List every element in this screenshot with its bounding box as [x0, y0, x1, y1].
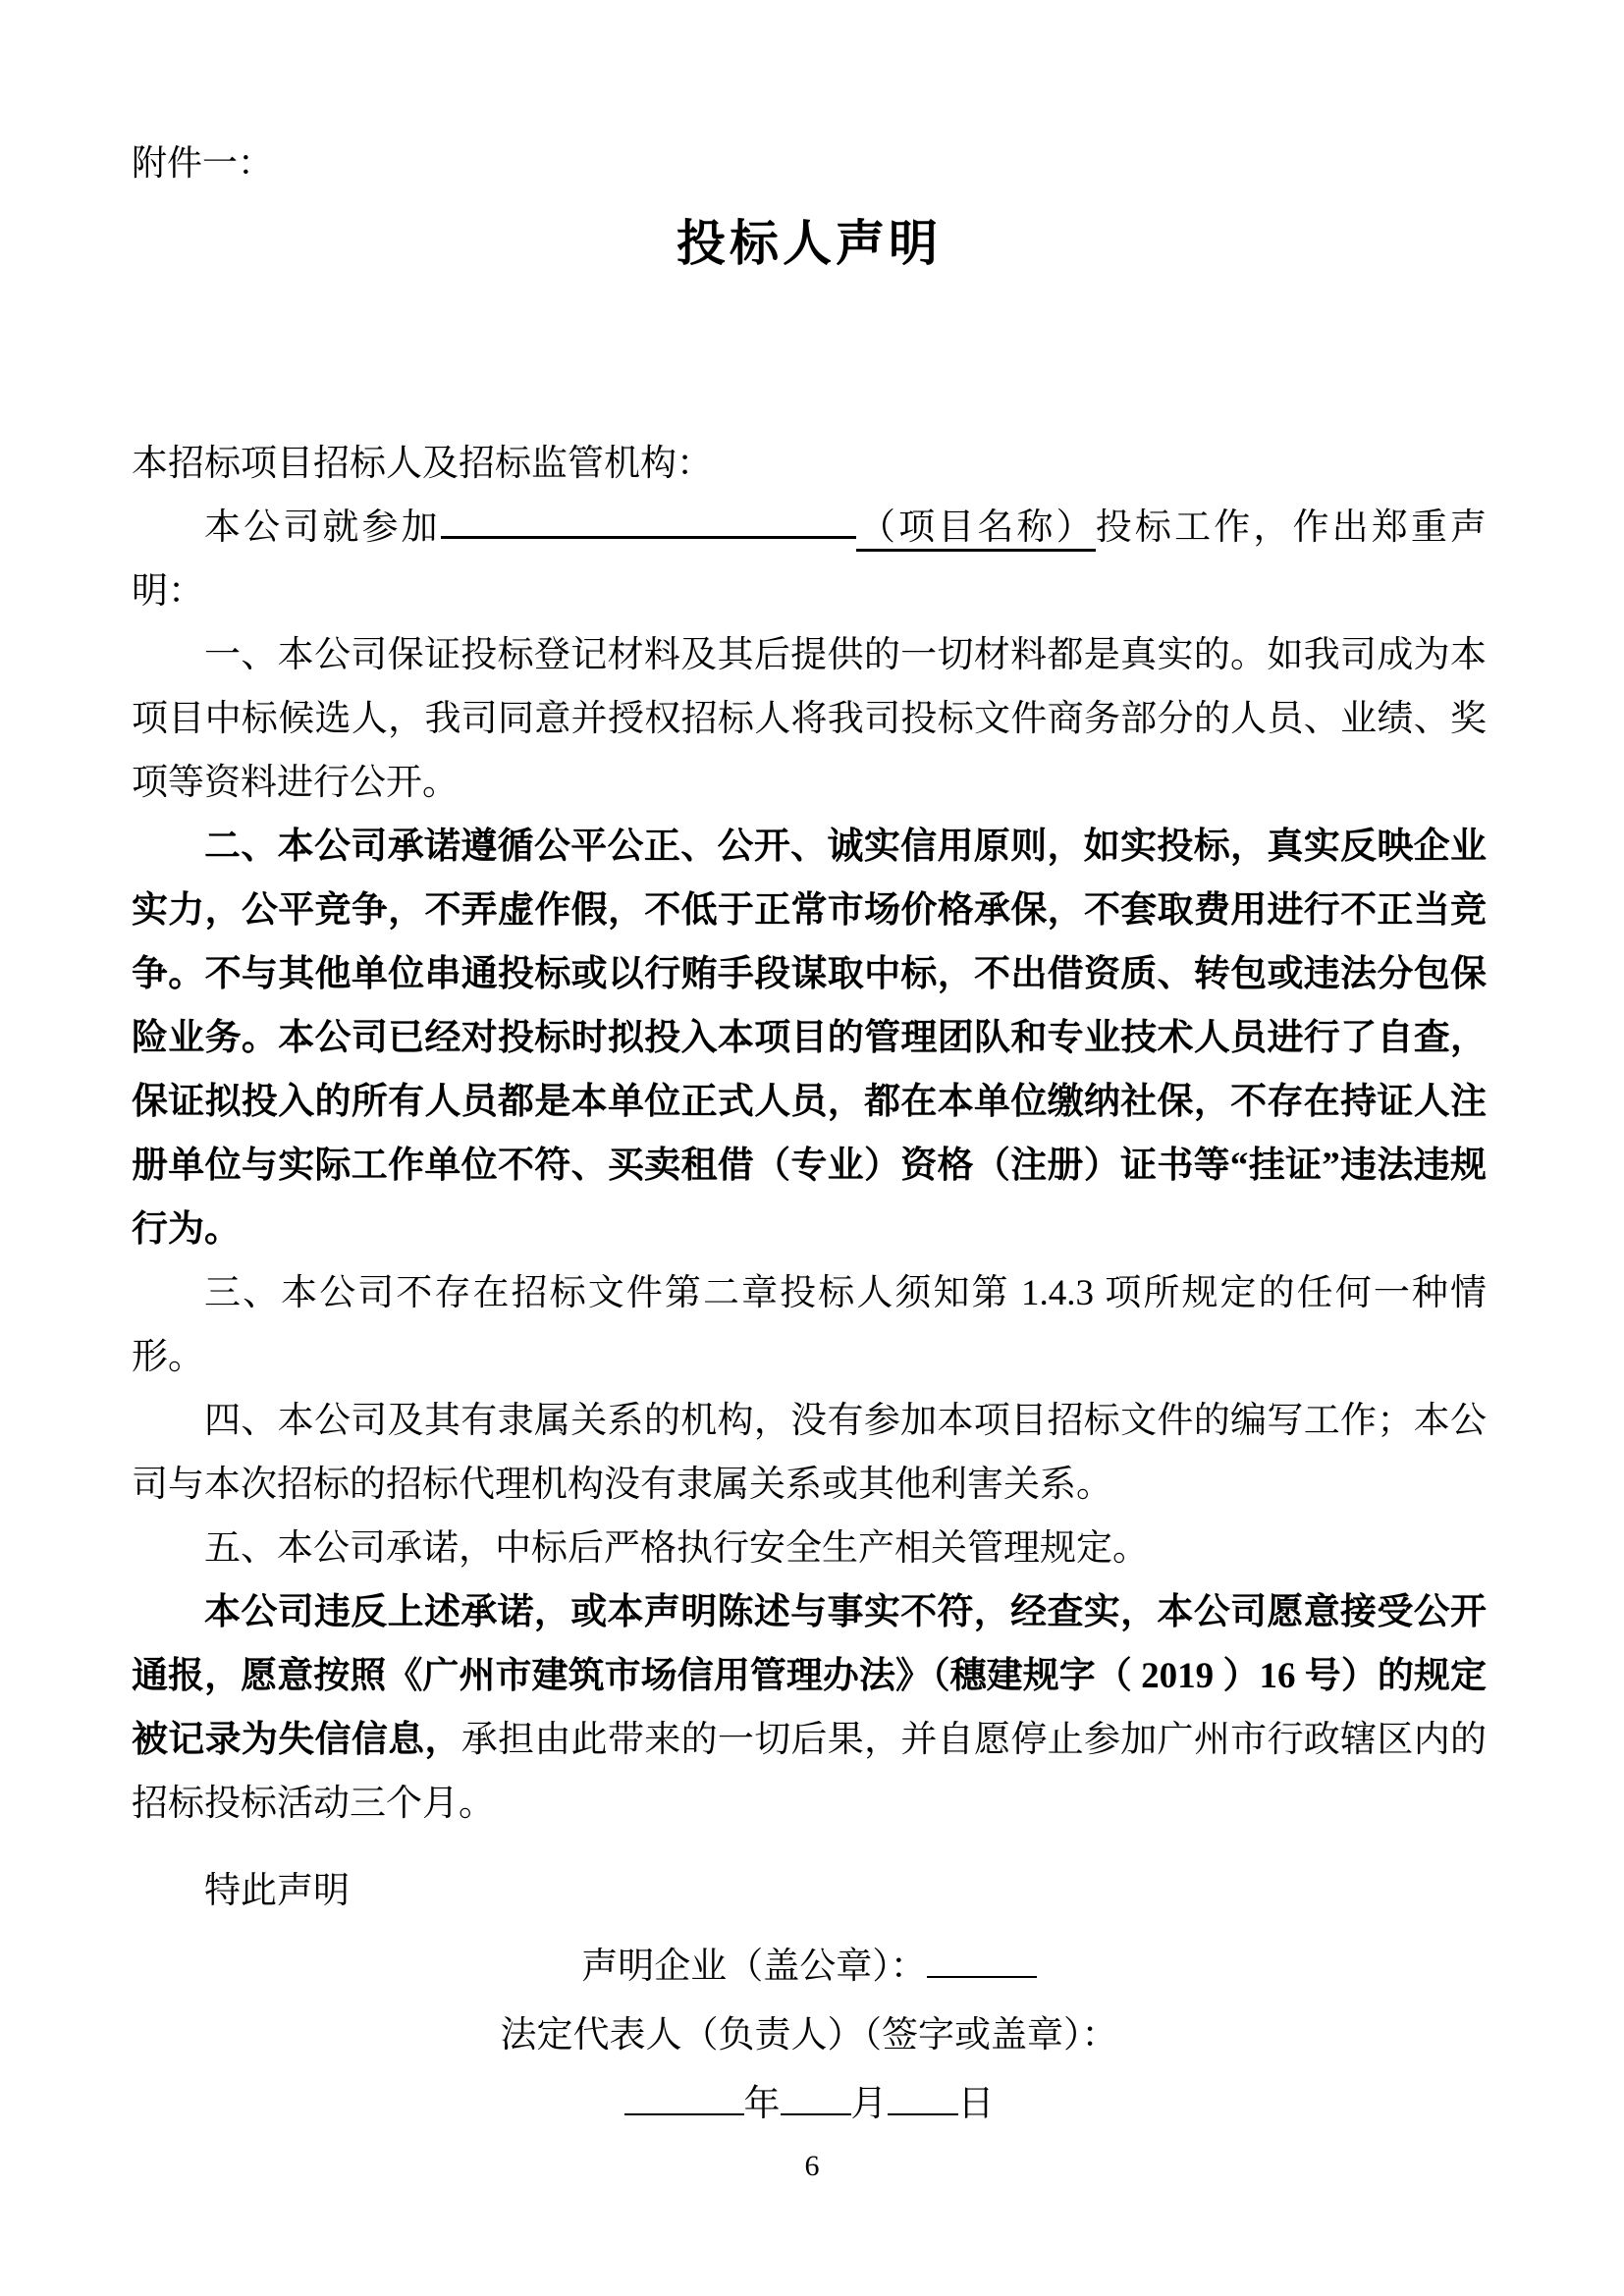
company-seal-line: 声明企业（盖公章）：: [132, 1933, 1487, 2002]
date-year-blank: [624, 2086, 744, 2115]
clause-4: 四、本公司及其有隶属关系的机构，没有参加本项目招标文件的编写工作；本公司与本次招…: [132, 1389, 1487, 1517]
intro-line: 本招标项目招标人及招标监管机构：: [132, 432, 1487, 496]
violation-paragraph: 本公司违反上述承诺，或本声明陈述与事实不符，经查实，本公司愿意接受公开通报，愿意…: [132, 1580, 1487, 1836]
project-name-blank: [441, 503, 856, 539]
clause-5: 五、本公司承诺，中标后严格执行安全生产相关管理规定。: [132, 1517, 1487, 1580]
company-seal-label: 声明企业（盖公章）：: [581, 1947, 927, 1987]
closing-statement: 特此声明: [132, 1859, 1487, 1923]
date-line: 年月日: [132, 2070, 1487, 2139]
signature-block: 声明企业（盖公章）： 法定代表人（负责人）（签字或盖章）： 年月日: [132, 1933, 1487, 2139]
participation-prefix: 本公司就参加: [204, 507, 441, 548]
company-seal-blank: [927, 1949, 1037, 1978]
page-number: 6: [0, 2150, 1624, 2183]
legal-rep-line: 法定代表人（负责人）（签字或盖章）：: [132, 2002, 1487, 2070]
clause-3: 三、本公司不存在招标文件第二章投标人须知第 1.4.3 项所规定的任何一种情形。: [132, 1261, 1487, 1389]
clause-2: 二、本公司承诺遵循公平公正、公开、诚实信用原则，如实投标，真实反映企业实力，公平…: [132, 815, 1487, 1261]
attachment-label: 附件一：: [132, 139, 1487, 187]
participation-line: 本公司就参加（项目名称）投标工作，作出郑重声明：: [132, 496, 1487, 623]
document-body: 本招标项目招标人及招标监管机构： 本公司就参加（项目名称）投标工作，作出郑重声明…: [132, 432, 1487, 1923]
date-month-blank: [781, 2086, 851, 2115]
date-year-label: 年: [744, 2084, 781, 2124]
date-day-blank: [888, 2086, 958, 2115]
date-month-label: 月: [851, 2084, 888, 2124]
page-title: 投标人声明: [132, 204, 1487, 275]
clause-1: 一、本公司保证投标登记材料及其后提供的一切材料都是真实的。如我司成为本项目中标候…: [132, 623, 1487, 815]
document-page: 附件一： 投标人声明 本招标项目招标人及招标监管机构： 本公司就参加（项目名称）…: [0, 0, 1624, 2296]
date-day-label: 日: [958, 2084, 995, 2124]
project-name-label: （项目名称）: [856, 507, 1096, 552]
